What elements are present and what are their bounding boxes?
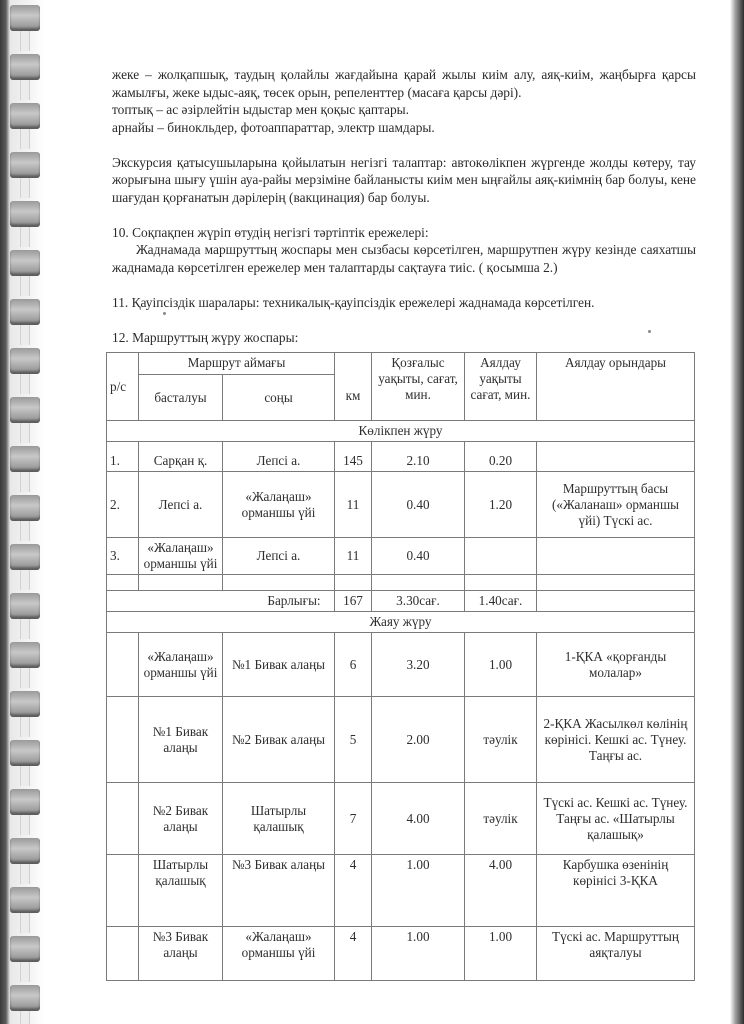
section-11: 11. Қауіпсіздік шаралары: техникалық-қау… [112, 294, 696, 312]
binding-ring [10, 152, 40, 178]
cell-end: №1 Бивак алаңы [223, 633, 335, 697]
cell-stop [465, 538, 537, 575]
table-row: Шатырлы қалашық№3 Бивак алаңы41.004.00Ка… [107, 855, 695, 927]
section-12-heading: 12. Маршруттың жүру жоспары: [112, 329, 696, 347]
cell-num [107, 927, 139, 981]
cell-km: 4 [335, 855, 372, 927]
header-start: басталуы [139, 375, 223, 421]
cell-stop: 1.00 [465, 927, 537, 981]
cell-km: 11 [335, 472, 372, 538]
binding-stem [20, 325, 30, 345]
total-place [537, 591, 695, 612]
header-num: р/с [107, 353, 139, 421]
table-row: №2 Бивак алаңыШатырлы қалашық74.00тәулік… [107, 783, 695, 855]
cell-km: 145 [335, 442, 372, 472]
section-walk: Жаяу жүру [107, 612, 695, 633]
cell-start: Шатырлы қалашық [139, 855, 223, 927]
binding-stem [20, 717, 30, 737]
header-km: км [335, 353, 372, 421]
binding-ring [10, 5, 40, 31]
participant-requirements: Экскурсия қатысушыларына қойылатын негіз… [112, 154, 696, 207]
cell-start: «Жалаңаш» орманшы үйі [139, 633, 223, 697]
cell-num [107, 697, 139, 783]
cell-start: Сарқан қ. [139, 442, 223, 472]
table-row: №1 Бивак алаңы№2 Бивак алаңы52.00тәулік2… [107, 697, 695, 783]
cell-end: «Жалаңаш» орманшы үйі [223, 927, 335, 981]
cell-end: Шатырлы қалашық [223, 783, 335, 855]
cell-place: Түскі ас. Кешкі ас. Түнеу. Таңғы ас. «Ша… [537, 783, 695, 855]
cell-move: 0.40 [372, 538, 465, 575]
cell-km: 4 [335, 927, 372, 981]
table-row: 3.«Жалаңаш» орманшы үйіЛепсі а.110.40 [107, 538, 695, 575]
total-km: 167 [335, 591, 372, 612]
binding-stem [20, 864, 30, 884]
binding-stem [20, 31, 30, 51]
binding-stem [20, 472, 30, 492]
cell-num [107, 783, 139, 855]
cell-place [537, 538, 695, 575]
table-row: 2.Лепсі а.«Жалаңаш» орманшы үйі110.401.2… [107, 472, 695, 538]
binding-ring [10, 887, 40, 913]
total-stop: 1.40сағ. [465, 591, 537, 612]
cell-move: 4.00 [372, 783, 465, 855]
cell-stop: 1.00 [465, 633, 537, 697]
cell-end: №2 Бивак алаңы [223, 697, 335, 783]
cell-stop: 4.00 [465, 855, 537, 927]
empty-cell [139, 575, 223, 591]
total-label: Барлығы: [107, 591, 335, 612]
cell-move: 1.00 [372, 855, 465, 927]
cell-km: 6 [335, 633, 372, 697]
binding-ring [10, 348, 40, 374]
cell-start: «Жалаңаш» орманшы үйі [139, 538, 223, 575]
cell-move: 2.00 [372, 697, 465, 783]
binding-ring [10, 985, 40, 1011]
binding-ring [10, 446, 40, 472]
equipment-personal: жеке – жолқапшық, таудың қолайлы жағдайы… [112, 66, 696, 101]
section-10-body: Жаднамада маршруттың жоспары мен сызбасы… [112, 241, 696, 276]
empty-cell [335, 575, 372, 591]
binding-ring [10, 789, 40, 815]
cell-place: Карбушка өзенінің көрінісі 3-ҚКА [537, 855, 695, 927]
empty-cell [465, 575, 537, 591]
header-stop-places: Аялдау орындары [537, 353, 695, 421]
binding-stem [20, 129, 30, 149]
cell-num [107, 855, 139, 927]
header-move-time: Қозғалыс уақыты, сағат, мин. [372, 353, 465, 421]
binding-ring [10, 250, 40, 276]
binding-stem [20, 766, 30, 786]
scan-speck [163, 312, 166, 315]
section-vehicle: Көлікпен жүру [107, 421, 695, 442]
equipment-group: топтық – ас әзірлейтін ыдыстар мен қоқыс… [112, 101, 696, 119]
cell-stop: 1.20 [465, 472, 537, 538]
binding-ring [10, 495, 40, 521]
cell-place: Маршруттың басы («Жаланаш» орманшы үйі) … [537, 472, 695, 538]
total-move: 3.30сағ. [372, 591, 465, 612]
document-page: жеке – жолқапшық, таудың қолайлы жағдайы… [112, 66, 696, 346]
binding-stem [20, 1011, 30, 1024]
binding-ring [10, 544, 40, 570]
scan-speck [648, 330, 651, 333]
cell-end: Лепсі а. [223, 538, 335, 575]
cell-place [537, 442, 695, 472]
cell-move: 0.40 [372, 472, 465, 538]
cell-end: Лепсі а. [223, 442, 335, 472]
cell-move: 1.00 [372, 927, 465, 981]
spacer-row [107, 575, 695, 591]
binding-stem [20, 668, 30, 688]
cell-num: 3. [107, 538, 139, 575]
cell-num: 1. [107, 442, 139, 472]
spiral-binding [0, 0, 44, 1024]
header-end: соңы [223, 375, 335, 421]
binding-ring [10, 299, 40, 325]
binding-stem [20, 80, 30, 100]
cell-stop: 0.20 [465, 442, 537, 472]
cell-end: «Жалаңаш» орманшы үйі [223, 472, 335, 538]
binding-ring [10, 201, 40, 227]
binding-stem [20, 619, 30, 639]
cell-place: 2-ҚКА Жасылкөл көлінің көрінісі. Кешкі а… [537, 697, 695, 783]
cell-num: 2. [107, 472, 139, 538]
cell-km: 5 [335, 697, 372, 783]
binding-stem [20, 276, 30, 296]
binding-stem [20, 178, 30, 198]
binding-stem [20, 374, 30, 394]
section-10-heading: 10. Соқпақпен жүріп өтудің негізгі тәрті… [112, 224, 696, 242]
equipment-special: арнайы – бинокльдер, фотоаппараттар, эле… [112, 119, 696, 137]
cell-move: 3.20 [372, 633, 465, 697]
binding-ring [10, 691, 40, 717]
binding-stem [20, 521, 30, 541]
cell-start: №1 Бивак алаңы [139, 697, 223, 783]
cell-end: №3 Бивак алаңы [223, 855, 335, 927]
binding-ring [10, 103, 40, 129]
cell-km: 7 [335, 783, 372, 855]
cell-start: Лепсі а. [139, 472, 223, 538]
binding-stem [20, 570, 30, 590]
page-edge-shadow [730, 0, 744, 1024]
empty-cell [107, 575, 139, 591]
binding-ring [10, 54, 40, 80]
table-row: 1.Сарқан қ.Лепсі а.1452.100.20 [107, 442, 695, 472]
route-plan-table: р/с Маршрут аймағы км Қозғалыс уақыты, с… [106, 352, 695, 981]
cell-place: 1-ҚКА «қорғанды молалар» [537, 633, 695, 697]
binding-stem [20, 423, 30, 443]
header-stop-time: Аялдау уақыты сағат, мин. [465, 353, 537, 421]
binding-ring [10, 740, 40, 766]
binding-ring [10, 593, 40, 619]
binding-stem [20, 962, 30, 982]
cell-move: 2.10 [372, 442, 465, 472]
binding-stem [20, 227, 30, 247]
cell-place: Түскі ас. Маршруттың аяқталуы [537, 927, 695, 981]
empty-cell [223, 575, 335, 591]
cell-num [107, 633, 139, 697]
empty-cell [537, 575, 695, 591]
binding-stem [20, 913, 30, 933]
empty-cell [372, 575, 465, 591]
cell-km: 11 [335, 538, 372, 575]
cell-stop: тәулік [465, 697, 537, 783]
binding-ring [10, 397, 40, 423]
table-row: №3 Бивак алаңы«Жалаңаш» орманшы үйі41.00… [107, 927, 695, 981]
binding-stem [20, 815, 30, 835]
header-route-zone: Маршрут аймағы [139, 353, 335, 375]
binding-ring [10, 838, 40, 864]
table-row: «Жалаңаш» орманшы үйі№1 Бивак алаңы63.20… [107, 633, 695, 697]
cell-start: №2 Бивак алаңы [139, 783, 223, 855]
binding-ring [10, 936, 40, 962]
binding-ring [10, 642, 40, 668]
cell-start: №3 Бивак алаңы [139, 927, 223, 981]
cell-stop: тәулік [465, 783, 537, 855]
